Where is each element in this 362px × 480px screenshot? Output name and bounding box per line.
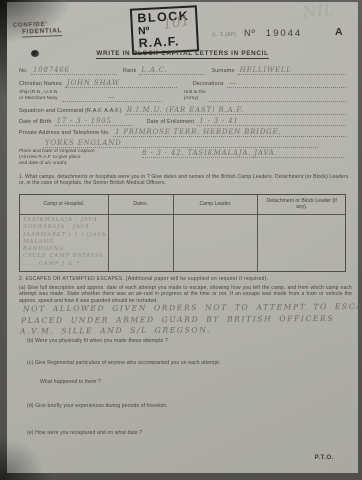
serial-number-line: Nº19044: [244, 28, 302, 39]
escape-answer-line2: PLACED UNDER ARMED GUARD BY BRITISH OFFI…: [21, 314, 334, 325]
rank-label: Rank: [123, 68, 139, 75]
col-header-camp-leader: Camp Leader.: [173, 195, 258, 215]
camp-entry: SOERABAJA - JAVA: [23, 224, 105, 231]
escape-answer-line1: NOT ALLOWED GIVEN ORDERS NOT TO ATTEMPT …: [23, 302, 362, 314]
scanned-photo: CONFIDE' FIDENTIAL BLOCK Nº R.A.F. 101 (…: [0, 0, 362, 480]
serial-letter: A: [335, 26, 343, 38]
escape-answer-line3: A.V.M. SILLE AND S/L GREGSON.: [20, 325, 211, 335]
capture-value: 8 - 3 - 42. TASIKMALAJA. JAVA.: [142, 149, 344, 158]
form-code: (L. 5.(AP): [212, 32, 236, 38]
address-field-line2: YORKS ENGLAND: [43, 139, 318, 148]
no-value: 1087466: [33, 66, 70, 74]
ship-label-line1: Ship (R.N., U.S.N.: [19, 90, 59, 96]
camp-entry: ..... CAMP J & ?: [23, 261, 105, 268]
field-row-address: Private Address and Telephone No. 1 PRIM…: [19, 128, 346, 137]
question-2c: (c) Give Regimental particulars of anyon…: [27, 360, 350, 366]
unit-label-line1: Unit & Div.: [184, 90, 207, 96]
enlistment-value: 1 - 3 - 41: [199, 117, 238, 125]
unit-field: [209, 94, 346, 102]
dob-value: 17 - 3 - 1905: [57, 117, 112, 125]
field-row-capture: Place and Date of Original Capture (Airc…: [19, 149, 346, 166]
camp-entry: TASIKMALAJA - JAVA: [23, 217, 105, 224]
dob-field: 17 - 3 - 1905: [55, 117, 133, 126]
question-1: 1. What camps, detachments or hospitals …: [19, 174, 350, 187]
camp-entry: MALANG: [23, 239, 105, 246]
col-header-dates: Dates.: [108, 195, 173, 215]
ship-value: —: [108, 93, 116, 101]
dates-cell-empty: [108, 215, 173, 271]
question-2a: (a) Give full description and approx. da…: [19, 285, 352, 304]
enlistment-label: Date of Enlistment: [147, 119, 198, 126]
field-row-names: Christian Names JOHN SHAW Decorations —: [19, 79, 346, 88]
field-row-squadron: Squadron and Command (R.A.F. A.A.F.) R.I…: [19, 106, 346, 115]
address-value: 1 PRIMROSE TERR. HEBDEN BRIDGE,: [115, 128, 281, 136]
ship-label-line2: or Merchant Navy: [19, 96, 59, 102]
surname-label: Surname: [211, 68, 237, 75]
col-header-detachment-leader: Detachment or Block Leader (if any).: [257, 195, 345, 215]
unit-label-line2: (Army): [184, 96, 207, 102]
rank-value: L.A.C.: [141, 66, 167, 74]
address-field: 1 PRIMROSE TERR. HEBDEN BRIDGE,: [113, 128, 346, 137]
no-field: 1087466: [31, 66, 117, 75]
camp-entry: CYCLE CAMP BATAVIA: [23, 253, 105, 260]
capture-label: Place and Date of Original Capture (Airc…: [19, 149, 140, 166]
enlistment-field: 1 - 3 - 41: [197, 117, 346, 126]
rank-field: L.A.C.: [139, 66, 205, 75]
field-row-dates: Date of Birth 17 - 3 - 1905 Date of Enli…: [19, 117, 346, 126]
field-row-ship-unit: Ship (R.N., U.S.N. or Merchant Navy — Un…: [19, 90, 346, 102]
squadron-label: Squadron and Command (R.A.F. A.A.F.): [19, 108, 125, 115]
ship-label: Ship (R.N., U.S.N. or Merchant Navy: [19, 90, 62, 102]
squadron-value: R.I.M.U. (FAR EAST) R.A.F.: [127, 106, 244, 114]
field-row-address2: YORKS ENGLAND: [43, 139, 318, 148]
christian-names-field: JOHN SHAW: [65, 79, 177, 88]
confidential-stamp-line2: FIDENTIAL: [22, 27, 62, 37]
address-label: Private Address and Telephone No.: [19, 130, 113, 137]
question-2c-followup: What happened to them ?: [40, 379, 350, 385]
confidential-stamp: CONFIDE' FIDENTIAL: [13, 21, 63, 38]
field-row-identity: No. 1087466 Rank L.A.C. Surname HELLIWEL…: [19, 66, 346, 75]
serial-no-label: Nº: [244, 28, 256, 38]
capture-field: 8 - 3 - 42. TASIKMALAJA. JAVA.: [140, 149, 346, 158]
pencil-note-nil: NIL: [302, 0, 336, 21]
detachment-leader-cell-empty: [257, 215, 345, 271]
col-header-camp: Camp or Hospital.: [20, 195, 108, 215]
camp-entries-cell: TASIKMALAJA - JAVA SOERABAJA - JAVA JAAR…: [20, 215, 108, 271]
ship-field: —: [62, 93, 162, 102]
surname-field: HELLIWELL: [238, 66, 346, 75]
pow-form-page: CONFIDE' FIDENTIAL BLOCK Nº R.A.F. 101 (…: [7, 2, 358, 473]
camps-table: Camp or Hospital. Dates. Camp Leader. De…: [19, 194, 346, 272]
no-label: No.: [19, 68, 31, 75]
serial-number: 19044: [266, 28, 302, 39]
decorations-field: —: [227, 79, 346, 88]
question-2e: (e) How were you recaptured and on what …: [27, 430, 350, 436]
unit-label: Unit & Div. (Army): [184, 90, 210, 102]
instruction-header-wrap: WRITE IN BLOCK CAPITAL LETTERS IN PENCIL: [7, 50, 358, 59]
question-2b: (b) Were you physically fit when you mad…: [27, 338, 350, 344]
christian-names-label: Christian Names: [19, 81, 65, 88]
pto-footer: P.T.O.: [315, 454, 334, 461]
squadron-field: R.I.M.U. (FAR EAST) R.A.F.: [125, 106, 346, 115]
camp-entry: BANDOENG: [23, 246, 105, 253]
camp-entry: JAARMARKT ( ? ) (JAVA): [23, 232, 105, 239]
section-2-title: 2. ESCAPES OR ATTEMPTED ESCAPES. (Additi…: [19, 276, 350, 282]
address-value-line2: YORKS ENGLAND: [45, 139, 122, 147]
question-2d: (d) Give briefly your experiences during…: [27, 403, 350, 409]
decorations-label: Decorations: [193, 81, 227, 88]
instruction-header: WRITE IN BLOCK CAPITAL LETTERS IN PENCIL: [96, 50, 268, 59]
surname-value: HELLIWELL: [240, 66, 292, 74]
christian-names-value: JOHN SHAW: [67, 79, 120, 87]
block-stamp-raf: R.A.F.: [138, 35, 191, 51]
dob-label: Date of Birth: [19, 119, 55, 126]
decorations-value: —: [229, 79, 237, 87]
capture-label-line3: and date of a/c crash).: [19, 161, 137, 167]
camp-leader-cell-empty: [173, 215, 258, 271]
